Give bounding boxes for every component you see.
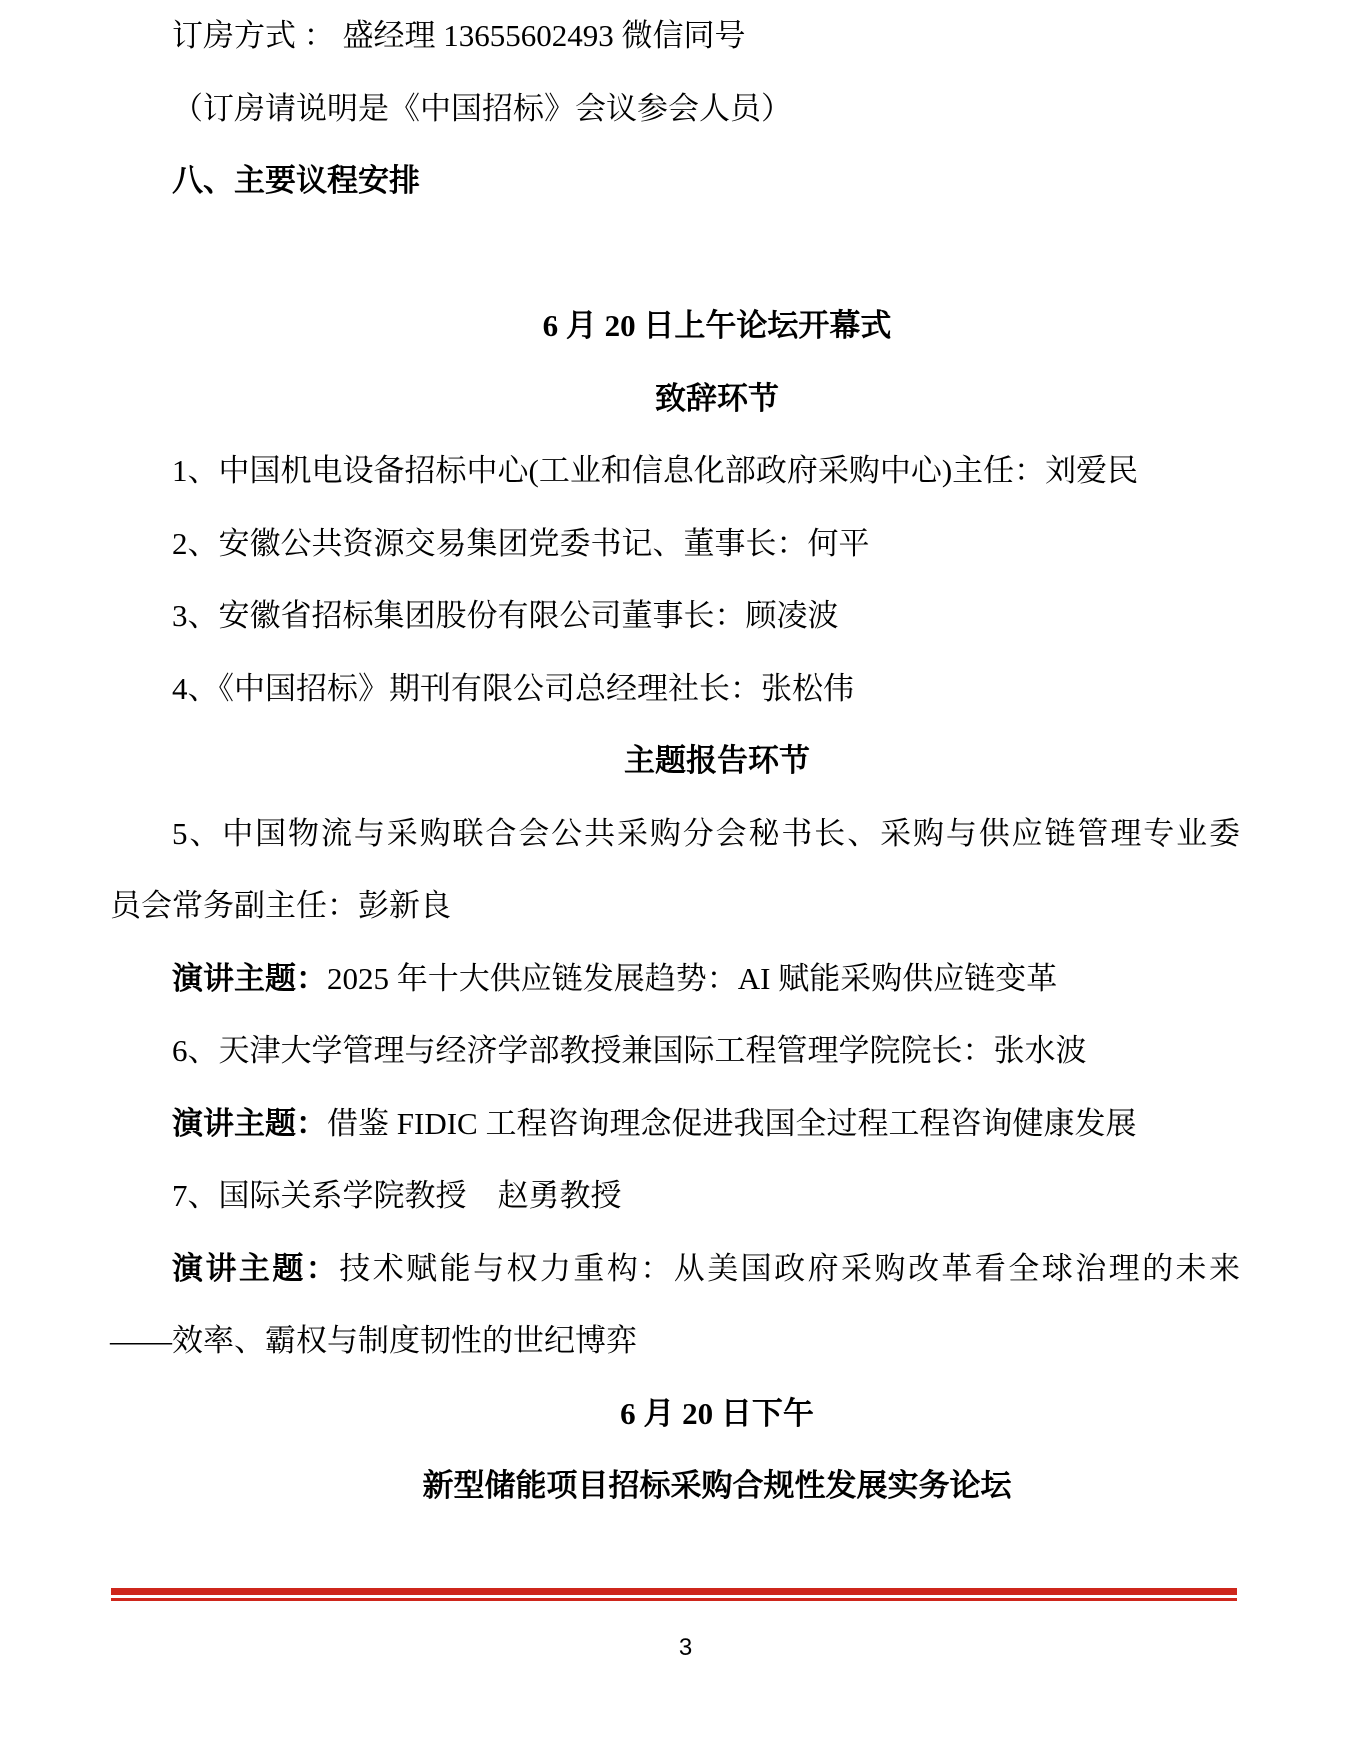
list-item-speaker-6: 6、天津大学管理与经济学部教授兼国际工程管理学院院长：张水波 (110, 1015, 1240, 1088)
line-text: 主题报告环节 (624, 743, 810, 778)
line-text: 1、中国机电设备招标中心(工业和信息化部政府采购中心)主任：刘爱民 (172, 453, 1138, 488)
line-text: ——效率、霸权与制度韧性的世纪博弈 (110, 1323, 637, 1358)
line-text: 6、天津大学管理与经济学部教授兼国际工程管理学院院长：张水波 (172, 1033, 1087, 1068)
list-item-speaker-5-line1: 5、中国物流与采购联合会公共采购分会秘书长、采购与供应链管理专业委 (110, 798, 1240, 871)
heading-keynote-session: 主题报告环节 (110, 725, 1240, 798)
document-page: 订房方式 ： 盛经理 13655602493 微信同号 （订房请说明是《中国招标… (0, 0, 1371, 1748)
list-item-speaker-4: 4、《中国招标》期刊有限公司总经理社长：张松伟 (110, 653, 1240, 726)
line-text: 6 月 20 日下午 (620, 1396, 814, 1431)
heading-section-8-agenda: 八、主要议程安排 (110, 145, 1240, 218)
line-text: 7、国际关系学院教授 赵勇教授 (172, 1178, 622, 1213)
topic-label: 演讲主题： (172, 1251, 339, 1286)
heading-speech-session: 致辞环节 (110, 363, 1240, 436)
line-text: 员会常务副主任：彭新良 (110, 888, 451, 923)
list-item-speaker-2: 2、安徽公共资源交易集团党委书记、董事长：何平 (110, 508, 1240, 581)
document-body: 订房方式 ： 盛经理 13655602493 微信同号 （订房请说明是《中国招标… (0, 0, 1371, 1523)
line-text: 借鉴 FIDIC 工程咨询理念促进我国全过程工程咨询健康发展 (327, 1106, 1136, 1141)
line-text: （订房请说明是《中国招标》会议参会人员） (172, 91, 792, 126)
list-item-speaker-7: 7、国际关系学院教授 赵勇教授 (110, 1160, 1240, 1233)
line-text: 2025 年十大供应链发展趋势：AI 赋能采购供应链变革 (327, 961, 1057, 996)
heading-energy-storage-forum: 新型储能项目招标采购合规性发展实务论坛 (110, 1450, 1240, 1523)
line-text: 新型储能项目招标采购合规性发展实务论坛 (423, 1468, 1012, 1503)
topic-label: 演讲主题： (172, 1106, 327, 1141)
list-item-speaker-3: 3、安徽省招标集团股份有限公司董事长：顾凌波 (110, 580, 1240, 653)
line-text: 6 月 20 日上午论坛开幕式 (543, 308, 892, 343)
list-item-speaker-5-line2: 员会常务副主任：彭新良 (110, 870, 1240, 943)
para-topic-3-line1: 演讲主题：技术赋能与权力重构：从美国政府采购改革看全球治理的未来 (110, 1233, 1240, 1306)
blank-line (110, 218, 1240, 291)
topic-label: 演讲主题： (172, 961, 327, 996)
para-topic-3-line2: ——效率、霸权与制度韧性的世纪博弈 (110, 1305, 1240, 1378)
heading-june20-morning-opening: 6 月 20 日上午论坛开幕式 (110, 290, 1240, 363)
line-text: 2、安徽公共资源交易集团党委书记、董事长：何平 (172, 526, 870, 561)
line-text: 技术赋能与权力重构：从美国政府采购改革看全球治理的未来 (339, 1251, 1240, 1286)
line-text: 3、安徽省招标集团股份有限公司董事长：顾凌波 (172, 598, 839, 633)
page-number: 3 (0, 1633, 1371, 1663)
para-topic-1: 演讲主题：2025 年十大供应链发展趋势：AI 赋能采购供应链变革 (110, 943, 1240, 1016)
footer-rule-thin (111, 1598, 1237, 1601)
line-text: 5、中国物流与采购联合会公共采购分会秘书长、采购与供应链管理专业委 (172, 816, 1240, 851)
heading-june20-afternoon: 6 月 20 日下午 (110, 1378, 1240, 1451)
para-booking-note: （订房请说明是《中国招标》会议参会人员） (110, 73, 1240, 146)
line-text: 订房方式 ： 盛经理 13655602493 微信同号 (172, 18, 746, 53)
line-text: 八、主要议程安排 (172, 163, 420, 198)
list-item-speaker-1: 1、中国机电设备招标中心(工业和信息化部政府采购中心)主任：刘爱民 (110, 435, 1240, 508)
line-text: 4、《中国招标》期刊有限公司总经理社长：张松伟 (172, 671, 854, 706)
para-topic-2: 演讲主题：借鉴 FIDIC 工程咨询理念促进我国全过程工程咨询健康发展 (110, 1088, 1240, 1161)
line-text: 致辞环节 (655, 381, 779, 416)
para-booking-method: 订房方式 ： 盛经理 13655602493 微信同号 (110, 0, 1240, 73)
footer-rule-thick (111, 1588, 1237, 1595)
